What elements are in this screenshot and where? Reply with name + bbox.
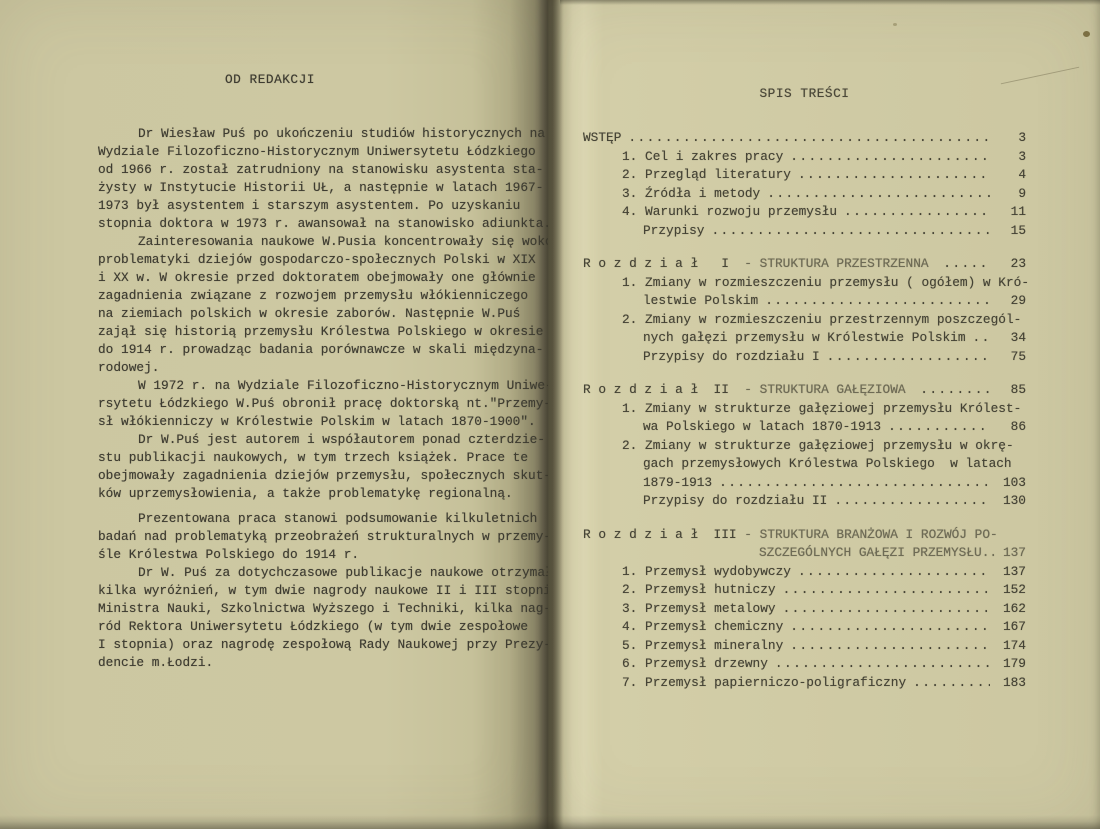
paragraph-line: I stopnia) oraz nagrodę zespołową Rady N…	[98, 636, 543, 654]
paragraph-line: ków uprzemysłowienia, a także problematy…	[98, 485, 543, 503]
paragraph-line: Dr W.Puś jest autorem i współautorem pon…	[98, 431, 543, 449]
toc-entry: 5. Przemysł mineralny174	[622, 637, 1026, 656]
toc-dot-leader	[767, 185, 990, 204]
toc-page-number: 3	[998, 129, 1026, 148]
toc-page-number: 85	[998, 381, 1026, 400]
toc-page-number: 152	[998, 581, 1026, 600]
paragraph: Zainteresowania naukowe W.Pusia koncentr…	[98, 233, 543, 377]
toc-page-number: 130	[998, 492, 1026, 511]
toc-entry: 2. Przemysł hutniczy152	[622, 581, 1026, 600]
toc-entry: 4. Warunki rozwoju przemysłu11	[622, 203, 1026, 222]
toc-page-number: 137	[998, 544, 1026, 563]
table-of-contents: WSTĘP31. Cel i zakres pracy32. Przegląd …	[583, 129, 1026, 692]
paragraph: Dr W.Puś jest autorem i współautorem pon…	[98, 431, 543, 503]
toc-entry-text: R o z d z i a ł III	[583, 526, 744, 545]
toc-dot-leader	[719, 474, 990, 493]
toc-dot-leader	[973, 329, 990, 348]
toc-dot-leader	[790, 637, 990, 656]
toc-entry-text: 2. Przegląd literatury	[622, 166, 791, 185]
toc-entry-text: WSTĘP	[583, 129, 621, 148]
toc-entry-text: 2. Przemysł hutniczy	[622, 581, 776, 600]
right-page: SPIS TREŚCI WSTĘP31. Cel i zakres pracy3…	[548, 0, 1100, 829]
toc-entry-text: Przypisy do rozdziału I	[643, 348, 820, 367]
toc-entry-text: 3. Źródła i metody	[622, 185, 760, 204]
toc-entry: gach przemysłowych Królestwa Polskiego w…	[643, 455, 1026, 474]
paragraph-line: rsytetu Łódzkiego W.Puś obronił pracę do…	[98, 395, 543, 413]
toc-dot-leader	[798, 563, 990, 582]
toc-entry: 3. Przemysł metalowy162	[622, 600, 1026, 619]
toc-entry: 7. Przemysł papierniczo-poligraficzny183	[622, 674, 1026, 693]
toc-entry: 1. Cel i zakres pracy3	[622, 148, 1026, 167]
paragraph-line: stopnia doktora w 1973 r. awansował na s…	[98, 215, 543, 233]
toc-entry-text: 4. Warunki rozwoju przemysłu	[622, 203, 837, 222]
paragraph: W 1972 r. na Wydziale Filozoficzno-Histo…	[98, 377, 543, 431]
paragraph-line: rodowej.	[98, 359, 543, 377]
toc-entry: Przypisy do rozdziału I75	[643, 348, 1026, 367]
toc-dot-leader	[827, 348, 990, 367]
toc-entry: 1. Zmiany w rozmieszczeniu przemysłu ( o…	[622, 274, 1026, 293]
toc-entry: R o z d z i a ł III - STRUKTURA BRANŻOWA…	[583, 526, 1026, 545]
toc-dot-leader	[834, 492, 990, 511]
toc-entry-text: nych gałęzi przemysłu w Królestwie Polsk…	[643, 329, 966, 348]
toc-entry-text: 7. Przemysł papierniczo-poligraficzny	[622, 674, 906, 693]
right-page-content: SPIS TREŚCI WSTĘP31. Cel i zakres pracy3…	[583, 86, 1026, 692]
toc-entry: 1. Zmiany w strukturze gałęziowej przemy…	[622, 400, 1026, 419]
toc-dot-leader	[913, 674, 990, 693]
paragraph-line: Wydziale Filozoficzno-Historycznym Uniwe…	[98, 143, 543, 161]
toc-entry-text: wa Polskiego w latach 1870-1913	[643, 418, 881, 437]
toc-entry-text: Przypisy	[643, 222, 704, 241]
toc-dot-leader	[783, 600, 990, 619]
toc-entry: R o z d z i a ł II - STRUKTURA GAŁĘZIOWA…	[583, 381, 1026, 400]
toc-entry: SZCZEGÓLNYCH GAŁĘZI PRZEMYSŁU..137	[759, 544, 1026, 563]
toc-page-number: 11	[998, 203, 1026, 222]
paragraph-line: obejmowały zagadnienia dziejów przemysłu…	[98, 467, 543, 485]
paragraph-line: zagadnienia związane z rozwojem przemysł…	[98, 287, 543, 305]
toc-entry-text: 5. Przemysł mineralny	[622, 637, 783, 656]
paragraph-line: Ministra Nauki, Szkolnictwa Wyższego i T…	[98, 600, 543, 618]
toc-entry: 1879-1913103	[643, 474, 1026, 493]
toc-entry: 3. Źródła i metody9	[622, 185, 1026, 204]
toc-page-number: 23	[998, 255, 1026, 274]
toc-entry: 2. Zmiany w strukturze gałęziowej przemy…	[622, 437, 1026, 456]
toc-page-number: 174	[998, 637, 1026, 656]
paragraph-line: Prezentowana praca stanowi podsumowanie …	[98, 510, 543, 528]
toc-page-number: 34	[998, 329, 1026, 348]
toc-page-number: 29	[998, 292, 1026, 311]
toc-page-number: 9	[998, 185, 1026, 204]
toc-page-number: 15	[998, 222, 1026, 241]
toc-entry: 1. Przemysł wydobywczy137	[622, 563, 1026, 582]
toc-dot-leader	[711, 222, 990, 241]
left-page-heading: OD REDAKCJI	[225, 72, 543, 87]
paragraph-line: badań nad problematyką przeobrażeń struk…	[98, 528, 543, 546]
toc-page-number: 75	[998, 348, 1026, 367]
toc-page-number: 183	[998, 674, 1026, 693]
toc-entry: R o z d z i a ł I - STRUKTURA PRZESTRZEN…	[583, 255, 1026, 274]
toc-dot-leader	[844, 203, 990, 222]
paragraph-line: kilka wyróżnień, w tym dwie nagrody nauk…	[98, 582, 543, 600]
toc-entry-section-title: - STRUKTURA BRANŻOWA I ROZWÓJ PO-	[744, 526, 997, 545]
toc-dot-leader	[798, 166, 990, 185]
toc-dot-leader	[765, 292, 990, 311]
book-scan: OD REDAKCJI Dr Wiesław Puś po ukończeniu…	[0, 0, 1100, 829]
paragraph-line: zajął się historią przemysłu Królestwa P…	[98, 323, 543, 341]
toc-entry-text: gach przemysłowych Królestwa Polskiego w…	[643, 455, 1012, 474]
toc-dot-leader	[783, 581, 990, 600]
paragraph-line: dencie m.Łodzi.	[98, 654, 543, 672]
paragraph: Dr Wiesław Puś po ukończeniu studiów his…	[98, 125, 543, 233]
toc-entry-section-title: - STRUKTURA GAŁĘZIOWA	[744, 381, 913, 400]
toc-dot-leader	[920, 381, 990, 400]
left-page-content: OD REDAKCJI Dr Wiesław Puś po ukończeniu…	[98, 72, 543, 672]
toc-page-number: 4	[998, 166, 1026, 185]
toc-entry: 4. Przemysł chemiczny167	[622, 618, 1026, 637]
toc-page-number: 103	[998, 474, 1026, 493]
toc-heading: SPIS TREŚCI	[583, 86, 1026, 101]
paragraph-line: od 1966 r. został zatrudniony na stanowi…	[98, 161, 543, 179]
toc-entry-text: 1. Cel i zakres pracy	[622, 148, 783, 167]
paragraph-line: do 1914 r. prowadząc badania porównawcze…	[98, 341, 543, 359]
paragraph-line: i XX w. W okresie przed doktoratem obejm…	[98, 269, 543, 287]
paragraph-line: Zainteresowania naukowe W.Pusia koncentr…	[98, 233, 543, 251]
paragraph-line: 1973 był asystentem i starszym asystente…	[98, 197, 543, 215]
toc-entry-text: R o z d z i a ł I	[583, 255, 744, 274]
toc-entry: 2. Przegląd literatury4	[622, 166, 1026, 185]
toc-dot-leader	[775, 655, 990, 674]
toc-entry: WSTĘP3	[583, 129, 1026, 148]
toc-entry-text: 3. Przemysł metalowy	[622, 600, 776, 619]
toc-entry-text: 1. Zmiany w rozmieszczeniu przemysłu ( o…	[622, 274, 1029, 293]
toc-entry: nych gałęzi przemysłu w Królestwie Polsk…	[643, 329, 1026, 348]
toc-entry: Przypisy15	[643, 222, 1026, 241]
toc-entry-text: 4. Przemysł chemiczny	[622, 618, 783, 637]
toc-entry: Przypisy do rozdziału II130	[643, 492, 1026, 511]
toc-entry-text: lestwie Polskim	[643, 292, 758, 311]
paragraph-line: sł włókienniczy w Królestwie Polskim w l…	[98, 413, 543, 431]
toc-page-number: 137	[998, 563, 1026, 582]
toc-entry: 6. Przemysł drzewny179	[622, 655, 1026, 674]
paragraph-line: ród Rektora Uniwersytetu Łódzkiego (w ty…	[98, 618, 543, 636]
toc-dot-leader	[628, 129, 990, 148]
toc-entry-text: 1. Zmiany w strukturze gałęziowej przemy…	[622, 400, 1021, 419]
toc-entry-text: 1879-1913	[643, 474, 712, 493]
left-page-body: Dr Wiesław Puś po ukończeniu studiów his…	[98, 125, 543, 672]
paragraph-line: problematyki dziejów gospodarczo-społecz…	[98, 251, 543, 269]
toc-entry: lestwie Polskim29	[643, 292, 1026, 311]
left-page: OD REDAKCJI Dr Wiesław Puś po ukończeniu…	[0, 0, 548, 829]
toc-entry-text: 2. Zmiany w strukturze gałęziowej przemy…	[622, 437, 1014, 456]
paragraph-line: Dr W. Puś za dotychczasowe publikacje na…	[98, 564, 543, 582]
toc-entry-section-title: - STRUKTURA PRZESTRZENNA	[744, 255, 936, 274]
toc-entry-text: 1. Przemysł wydobywczy	[622, 563, 791, 582]
toc-page-number: 179	[998, 655, 1026, 674]
paragraph-line: Dr Wiesław Puś po ukończeniu studiów his…	[98, 125, 543, 143]
toc-dot-leader	[943, 255, 990, 274]
toc-entry-text: SZCZEGÓLNYCH GAŁĘZI PRZEMYSŁU..	[759, 544, 997, 563]
toc-page-number: 162	[998, 600, 1026, 619]
toc-entry: 2. Zmiany w rozmieszczeniu przestrzennym…	[622, 311, 1026, 330]
toc-entry-text: 2. Zmiany w rozmieszczeniu przestrzennym…	[622, 311, 1021, 330]
paragraph-line: stu publikacji naukowych, w tym trzech k…	[98, 449, 543, 467]
paragraph-line: na ziemiach polskich w okresie zaborów. …	[98, 305, 543, 323]
toc-page-number: 86	[998, 418, 1026, 437]
toc-page-number: 167	[998, 618, 1026, 637]
toc-page-number: 3	[998, 148, 1026, 167]
paragraph: Dr W. Puś za dotychczasowe publikacje na…	[98, 564, 543, 672]
toc-dot-leader	[888, 418, 990, 437]
toc-entry: wa Polskiego w latach 1870-191386	[643, 418, 1026, 437]
toc-dot-leader	[790, 148, 990, 167]
paragraph-line: W 1972 r. na Wydziale Filozoficzno-Histo…	[98, 377, 543, 395]
paragraph-line: żysty w Instytucie Historii UŁ, a następ…	[98, 179, 543, 197]
toc-entry-text: Przypisy do rozdziału II	[643, 492, 827, 511]
toc-dot-leader	[790, 618, 990, 637]
toc-entry-text: R o z d z i a ł II	[583, 381, 744, 400]
paragraph: Prezentowana praca stanowi podsumowanie …	[98, 510, 543, 564]
paragraph-line: śle Królestwa Polskiego do 1914 r.	[98, 546, 543, 564]
toc-entry-text: 6. Przemysł drzewny	[622, 655, 768, 674]
